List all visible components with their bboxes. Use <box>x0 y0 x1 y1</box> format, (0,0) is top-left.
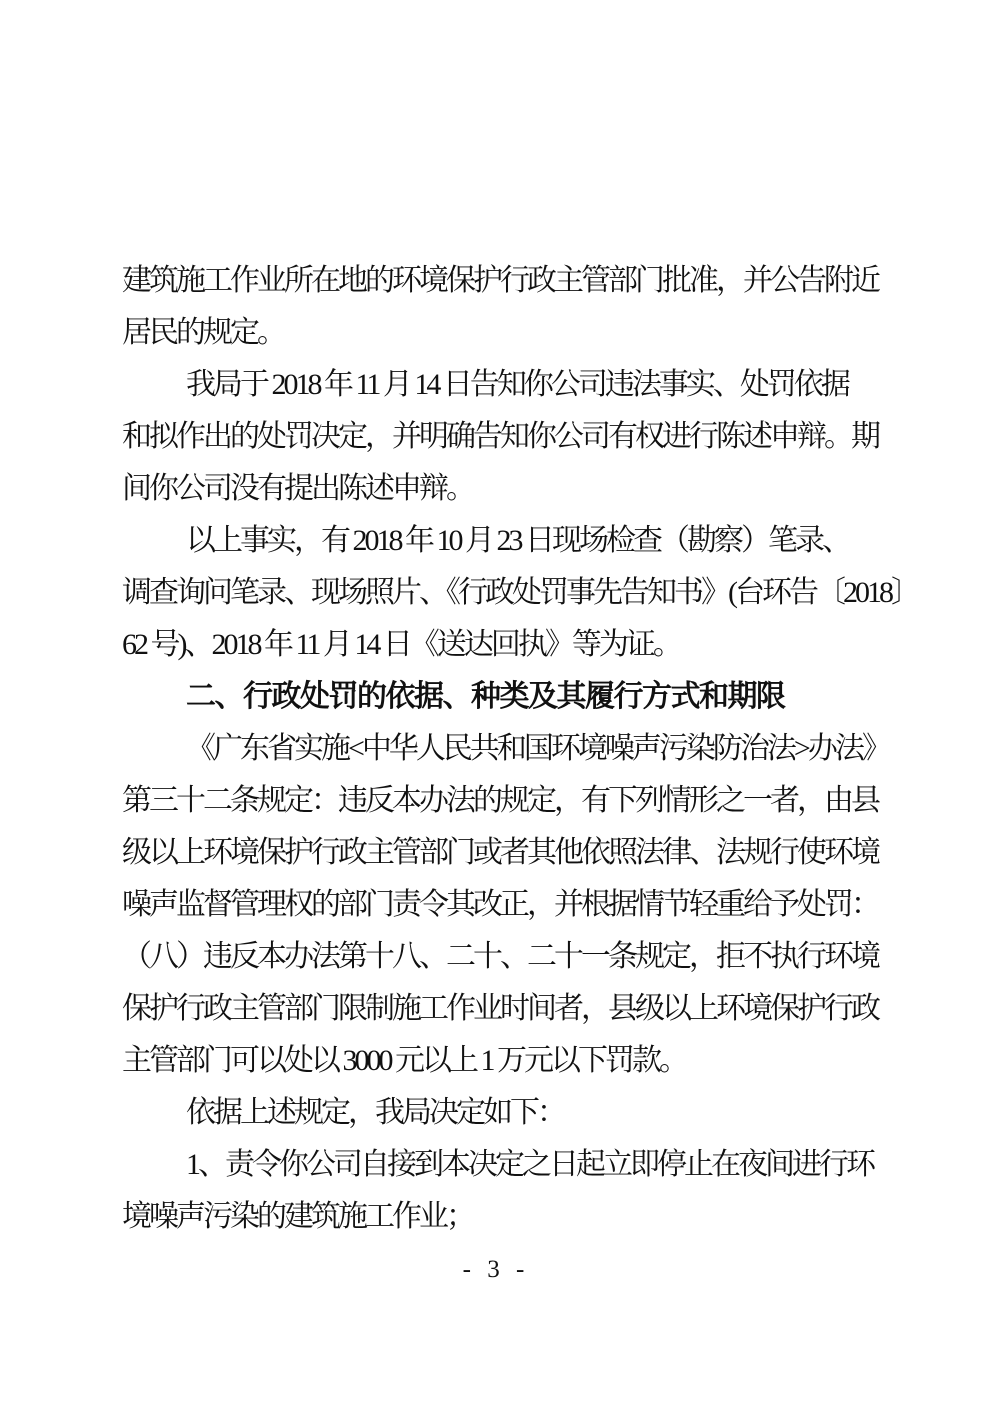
document-body: 建筑施工作业所在地的环境保护行政主管部门批准，并公告附近 居民的规定。 我局于 … <box>122 255 888 1243</box>
page-footer: - 3 - <box>0 1256 992 1284</box>
text-line: 第三十二条规定：违反本办法的规定，有下列情形之一者，由县 <box>122 775 888 827</box>
text-line: 主管部门可以处以 3000 元以上 1 万元以下罚款。 <box>122 1035 888 1087</box>
text-line: 62 号)、2018 年 11 月 14 日《送达回执》等为证。 <box>122 619 888 671</box>
text-line: 居民的规定。 <box>122 307 888 359</box>
text-line: 以上事实，有 2018 年 10 月 23 日现场检查（勘察）笔录、 <box>122 515 888 567</box>
text-line: 噪声监督管理权的部门责令其改正，并根据情节轻重给予处罚： <box>122 879 888 931</box>
text-line: 建筑施工作业所在地的环境保护行政主管部门批准，并公告附近 <box>122 255 888 307</box>
text-line: 保护行政主管部门限制施工作业时间者，县级以上环境保护行政 <box>122 983 888 1035</box>
text-line: 我局于 2018 年 11 月 14 日告知你公司违法事实、处罚依据 <box>122 359 888 411</box>
text-line: 依据上述规定，我局决定如下： <box>122 1087 888 1139</box>
text-line: 调查询问笔录、现场照片、《行政处罚事先告知书》(台环告〔2018〕 <box>122 567 888 619</box>
text-line: 1、责令你公司自接到本决定之日起立即停止在夜间进行环 <box>122 1139 888 1191</box>
text-line: 《广东省实施<中华人民共和国环境噪声污染防治法>办法》 <box>122 723 888 775</box>
text-line: 级以上环境保护行政主管部门或者其他依照法律、法规行使环境 <box>122 827 888 879</box>
text-line: （八）违反本办法第十八、二十、二十一条规定，拒不执行环境 <box>122 931 888 983</box>
section-heading: 二、行政处罚的依据、种类及其履行方式和期限 <box>122 671 888 723</box>
page-number: - 3 - <box>463 1256 530 1283</box>
document-page: 建筑施工作业所在地的环境保护行政主管部门批准，并公告附近 居民的规定。 我局于 … <box>0 0 992 1403</box>
text-line: 间你公司没有提出陈述申辩。 <box>122 463 888 515</box>
text-line: 和拟作出的处罚决定，并明确告知你公司有权进行陈述申辩。期 <box>122 411 888 463</box>
text-line: 境噪声污染的建筑施工作业； <box>122 1191 888 1243</box>
